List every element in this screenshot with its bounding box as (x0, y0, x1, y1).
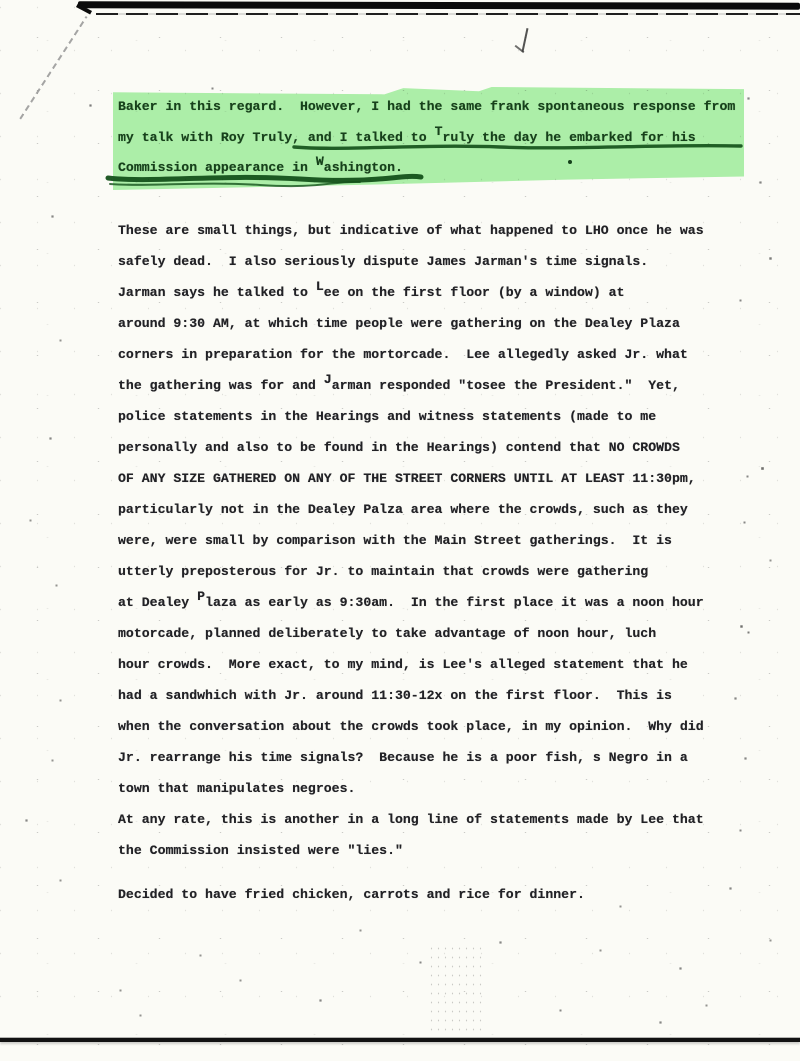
text-line: when the conversation about the crowds t… (118, 711, 704, 742)
text-line: the gathering was for and Jarman respond… (118, 370, 704, 401)
text-segment: around 9:30 AM, at which time people wer… (118, 316, 680, 331)
overtyped-superscript: J (324, 372, 332, 387)
text-segment: when the conversation about the crowds t… (118, 719, 704, 734)
overtyped-superscript: T (435, 124, 443, 139)
text-segment: police statements in the Hearings and wi… (118, 409, 656, 424)
text-line: utterly preposterous for Jr. to maintain… (118, 556, 704, 587)
text-segment: town that manipulates negroes. (118, 781, 355, 796)
text-line: These are small things, but indicative o… (118, 215, 704, 246)
text-segment: Baker in this regard. However, I had the… (118, 99, 735, 114)
text-segment: particularly not in the Dealey Palza are… (118, 502, 688, 517)
text-segment: motorcade, planned deliberately to take … (118, 626, 656, 641)
text-segment: Decided to have fried chicken, carrots a… (118, 887, 585, 902)
text-line: hour crowds. More exact, to my mind, is … (118, 649, 704, 680)
highlighted-text: Baker in this regard. However, I had the… (118, 92, 735, 184)
ink-dot-artifact (568, 160, 572, 164)
scan-edge-bottom-bar (0, 1038, 800, 1042)
text-line: particularly not in the Dealey Palza are… (118, 494, 704, 525)
text-segment: Jr. rearrange his time signals? Because … (118, 750, 688, 765)
overtyped-superscript: P (197, 589, 205, 604)
scan-speckles (0, 0, 1, 1)
scan-edge-top-thin-line (96, 13, 800, 15)
scan-edge-top-bar (78, 1, 800, 10)
text-line: had a sandwhich with Jr. around 11:30-12… (118, 680, 704, 711)
text-line: safely dead. I also seriously dispute Ja… (118, 246, 704, 277)
text-line: police statements in the Hearings and wi… (118, 401, 704, 432)
text-line: motorcade, planned deliberately to take … (118, 618, 704, 649)
text-segment: ee on the first floor (by a window) at (324, 285, 625, 300)
text-segment: ashington. (324, 160, 403, 175)
text-line: Jarman says he talked to Lee on the firs… (118, 277, 704, 308)
text-segment: At any rate, this is another in a long l… (118, 812, 704, 827)
text-line: Decided to have fried chicken, carrots a… (118, 879, 585, 910)
scanned-document-page: { "colors": { "paper": "#fbfbf6", "ink":… (0, 0, 800, 1061)
text-segment: Commission appearance in (118, 160, 316, 175)
scan-scratch-diagonal (19, 16, 87, 119)
overtyped-superscript: W (316, 154, 324, 169)
text-segment: arman responded "tosee the President." Y… (332, 378, 680, 393)
text-segment: my talk with Roy Truly, and I talked to (118, 130, 435, 145)
text-segment: These are small things, but indicative o… (118, 223, 704, 238)
overtyped-superscript: L (316, 279, 324, 294)
text-line: town that manipulates negroes. (118, 773, 704, 804)
text-segment: were, were small by comparison with the … (118, 533, 672, 548)
text-segment: at Dealey (118, 595, 197, 610)
text-line: the Commission insisted were "lies." (118, 835, 704, 866)
text-line: my talk with Roy Truly, and I talked to … (118, 123, 735, 154)
text-line: around 9:30 AM, at which time people wer… (118, 308, 704, 339)
text-line: OF ANY SIZE GATHERED ON ANY OF THE STREE… (118, 463, 704, 494)
text-line: personally and also to be found in the H… (118, 432, 704, 463)
text-line: At any rate, this is another in a long l… (118, 804, 704, 835)
text-line: at Dealey Plaza as early as 9:30am. In t… (118, 587, 704, 618)
text-segment: had a sandwhich with Jr. around 11:30-12… (118, 688, 672, 703)
highlighted-passage: Baker in this regard. However, I had the… (113, 86, 744, 190)
text-segment: laza as early as 9:30am. In the first pl… (205, 595, 704, 610)
text-segment: utterly preposterous for Jr. to maintain… (118, 564, 648, 579)
body-text: These are small things, but indicative o… (118, 215, 704, 866)
text-line: Jr. rearrange his time signals? Because … (118, 742, 704, 773)
text-line: were, were small by comparison with the … (118, 525, 704, 556)
text-segment: safely dead. I also seriously dispute Ja… (118, 254, 648, 269)
text-line: Commission appearance in Washington. (118, 153, 735, 184)
text-segment: personally and also to be found in the H… (118, 440, 680, 455)
text-segment: hour crowds. More exact, to my mind, is … (118, 657, 688, 672)
scan-scratch-mark (522, 28, 529, 52)
text-segment: the Commission insisted were "lies." (118, 843, 403, 858)
closing-text: Decided to have fried chicken, carrots a… (118, 879, 585, 910)
text-segment: Jarman says he talked to (118, 285, 316, 300)
text-segment: corners in preparation for the mortorcad… (118, 347, 688, 362)
text-segment: OF ANY SIZE GATHERED ON ANY OF THE STREE… (118, 471, 696, 486)
text-segment: ruly the day he embarked for his (442, 130, 695, 145)
scan-speckle-band (428, 944, 482, 1036)
text-line: Baker in this regard. However, I had the… (118, 92, 735, 123)
text-segment: the gathering was for and (118, 378, 324, 393)
text-line: corners in preparation for the mortorcad… (118, 339, 704, 370)
